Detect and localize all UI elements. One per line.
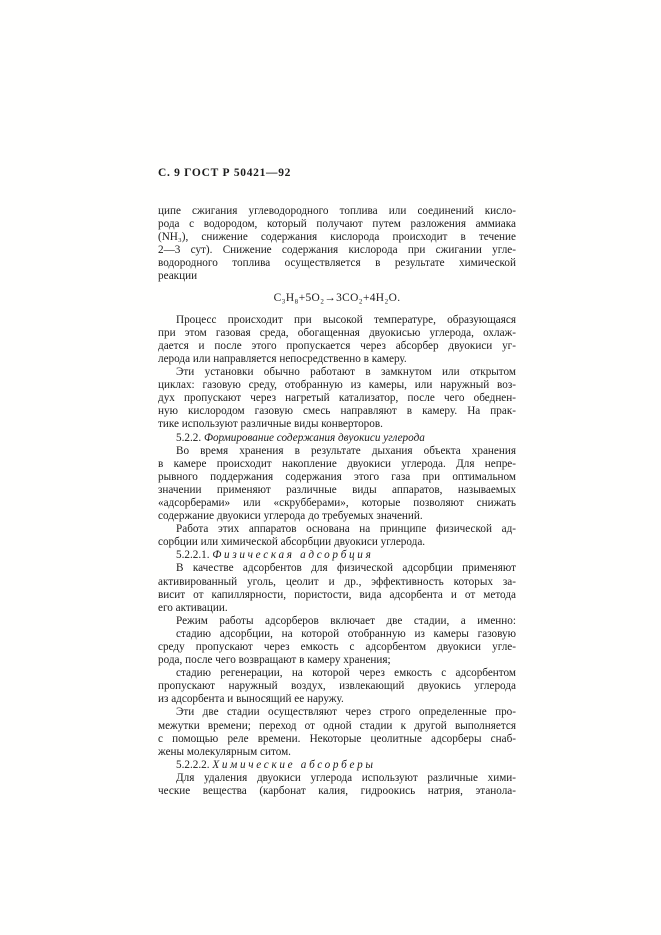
section-title: Химические абсорберы	[212, 759, 375, 771]
text-line: 2—3 сут). Снижение содержания кислорода …	[158, 244, 516, 257]
text-line: тике используют различные виды конвертор…	[158, 418, 516, 431]
text-line: ципе сжигания углеводородного топлива ил…	[158, 205, 516, 218]
text-line: активированный уголь, цеолит и др., эффе…	[158, 576, 516, 589]
text-line: жены молекулярным ситом.	[158, 746, 516, 759]
text-line: рода с водородом, который получают путем…	[158, 218, 516, 231]
text-line: ную кислородом газовую смесь направляют …	[158, 405, 516, 418]
section-number: 5.2.2.2.	[176, 759, 212, 771]
section-heading: 5.2.2.2. Химические абсорберы	[158, 759, 516, 772]
chemical-formula: C₃H₈+5O₂→3CO₂+4H₂O.	[158, 292, 516, 305]
text-line: Во время хранения в результате дыхания о…	[158, 445, 516, 458]
section-heading: 5.2.2. Формирование содержания двуокиси …	[158, 432, 516, 445]
text-line: при этом газовая среда, обогащенная двуо…	[158, 327, 516, 340]
text-line: ческие вещества (карбонат калия, гидроок…	[158, 785, 516, 798]
text-line: дается и после этого пропускается через …	[158, 340, 516, 353]
text-line: среду пропускают через емкость с адсорбе…	[158, 641, 516, 654]
text-line: его активации.	[158, 602, 516, 615]
text-line: водородного топлива осуществляется в рез…	[158, 257, 516, 270]
gost-document-page: С. 9 ГОСТ Р 50421—92 ципе сжигания углев…	[0, 0, 661, 935]
text-line: с помощью реле времени. Некоторые цеолит…	[158, 733, 516, 746]
section-title: Физическая адсорбция	[212, 549, 373, 561]
text-line: реакции	[158, 270, 516, 283]
text-line: В качестве адсорбентов для физической ад…	[158, 562, 516, 575]
text-line: Процесс происходит при высокой температу…	[158, 314, 516, 327]
page-content: С. 9 ГОСТ Р 50421—92 ципе сжигания углев…	[158, 167, 516, 798]
text-line: висит от капиллярности, пористости, вида…	[158, 589, 516, 602]
text-line: Работа этих аппаратов основана на принци…	[158, 523, 516, 536]
text-line: циклах: газовую среду, отобранную из кам…	[158, 379, 516, 392]
section-number: 5.2.2.	[176, 432, 204, 444]
section-title: Формирование содержания двуокиси углерод…	[204, 432, 425, 444]
text-line: из адсорбента и выносящий ее наружу.	[158, 693, 516, 706]
text-line: Режим работы адсорберов включает две ста…	[158, 615, 516, 628]
text-line: «адсорберами» или «скрубберами», которые…	[158, 497, 516, 510]
text-line: (NH₃), снижение содержания кислорода про…	[158, 231, 516, 244]
section-number: 5.2.2.1.	[176, 549, 212, 561]
text-line: лерода или направляется непосредственно …	[158, 353, 516, 366]
page-header: С. 9 ГОСТ Р 50421—92	[158, 167, 516, 179]
text-line: содержание двуокиси углерода до требуемы…	[158, 510, 516, 523]
text-line: стадию регенерации, на которой через емк…	[158, 667, 516, 680]
text-line: сорбции или химической абсорбции двуокис…	[158, 536, 516, 549]
text-line: пропускают наружный воздух, извлекающий …	[158, 680, 516, 693]
text-line: рода, после чего возвращают в камеру хра…	[158, 654, 516, 667]
text-line: дух пропускают через нагретый катализато…	[158, 392, 516, 405]
text-line: стадию адсорбции, на которой отобранную …	[158, 628, 516, 641]
text-line: межутки времени; переход от одной стадии…	[158, 720, 516, 733]
section-heading: 5.2.2.1. Физическая адсорбция	[158, 549, 516, 562]
text-line: Эти установки обычно работают в замкнуто…	[158, 366, 516, 379]
text-line: рывного поддержания содержания этого газ…	[158, 471, 516, 484]
text-line: Эти две стадии осуществляют через строго…	[158, 706, 516, 719]
text-line: в камере происходит накопление двуокиси …	[158, 458, 516, 471]
text-line: Для удаления двуокиси углерода использую…	[158, 772, 516, 785]
document-body: ципе сжигания углеводородного топлива ил…	[158, 205, 516, 798]
text-line: значении применяют различные виды аппара…	[158, 484, 516, 497]
